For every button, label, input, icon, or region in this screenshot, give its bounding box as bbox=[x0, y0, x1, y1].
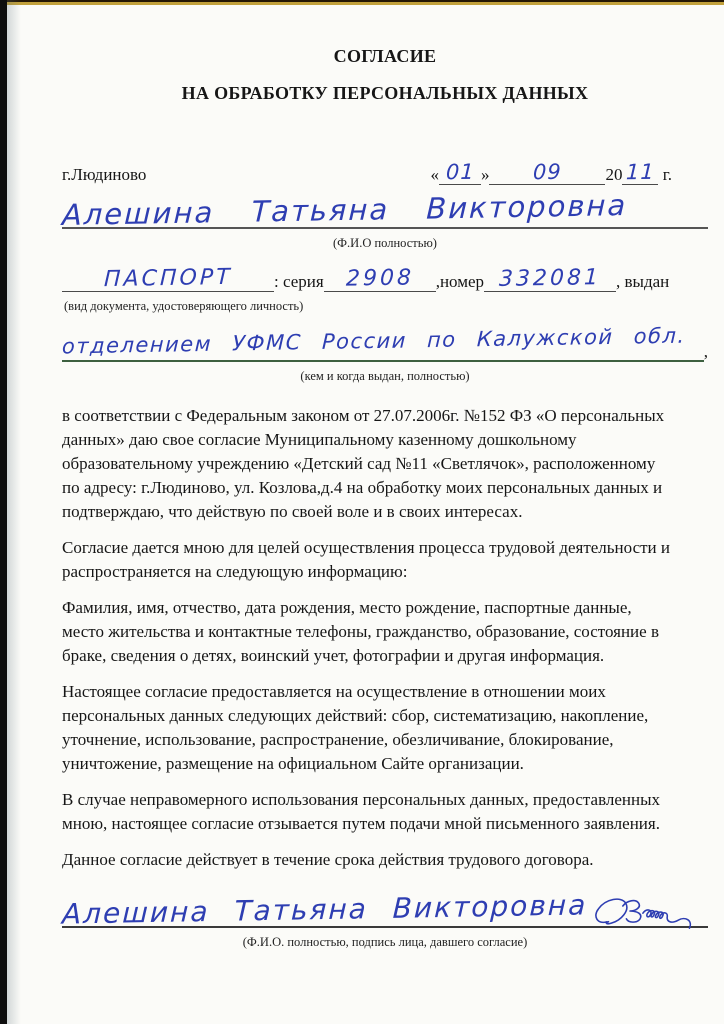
issued-by-row: отделением УФМС России по Калужской обл.… bbox=[62, 328, 708, 362]
date-day-field: 01 bbox=[439, 162, 481, 185]
date-century: 20 bbox=[605, 165, 622, 185]
signature-row: Алешина Татьяна Викторовна bbox=[62, 884, 708, 928]
passport-row: ПАСПОРТ: серия2908,номер332081, выдан bbox=[62, 267, 708, 292]
paragraph-data-list: Фамилия, имя, отчество, дата рождения, м… bbox=[62, 596, 674, 668]
doc-type-field: ПАСПОРТ bbox=[62, 267, 274, 292]
doc-type-handwritten: ПАСПОРТ bbox=[103, 266, 232, 292]
number-value: 332081 bbox=[499, 266, 602, 292]
scan-left-shadow bbox=[7, 0, 21, 1024]
paragraph-validity: Данное согласие действует в течение срок… bbox=[62, 848, 674, 872]
city-date-row: г.Людиново «01»092011 г. bbox=[62, 162, 708, 185]
scanned-consent-document: СОГЛАСИЕ НА ОБРАБОТКУ ПЕРСОНАЛЬНЫХ ДАННЫ… bbox=[0, 0, 724, 1024]
fio-field: Алешина Татьяна Викторовна bbox=[62, 185, 708, 229]
date-year-field: 11 bbox=[622, 162, 658, 185]
series-value: 2908 bbox=[345, 266, 414, 291]
issued-by-trailing-comma: , bbox=[704, 342, 708, 362]
paragraph-purpose: Согласие дается мною для целей осуществл… bbox=[62, 536, 674, 584]
fio-handwritten: Алешина Татьяна Викторовна bbox=[61, 188, 627, 232]
date-year-unit: г. bbox=[663, 165, 672, 185]
series-label: : серия bbox=[274, 272, 324, 292]
signature-fio-handwritten: Алешина Татьяна Викторовна bbox=[61, 889, 587, 930]
page-title: СОГЛАСИЕ bbox=[62, 46, 708, 67]
number-field: 332081 bbox=[484, 267, 616, 292]
date-year-value: 11 bbox=[626, 162, 655, 183]
body-text: в соответствии с Федеральным законом от … bbox=[62, 404, 674, 872]
series-field: 2908 bbox=[324, 267, 436, 292]
scan-left-edge bbox=[0, 0, 7, 1024]
scan-top-gold-strip bbox=[0, 2, 724, 5]
city-label: г.Людиново bbox=[62, 165, 146, 185]
document-content: СОГЛАСИЕ НА ОБРАБОТКУ ПЕРСОНАЛЬНЫХ ДАННЫ… bbox=[62, 38, 708, 950]
date-close-quote: » bbox=[481, 165, 490, 185]
date-group: «01»092011 г. bbox=[430, 162, 672, 185]
page-subtitle: НА ОБРАБОТКУ ПЕРСОНАЛЬНЫХ ДАННЫХ bbox=[62, 83, 708, 104]
issued-by-field: отделением УФМС России по Калужской обл. bbox=[62, 328, 704, 362]
doc-type-caption: (вид документа, удостоверяющего личность… bbox=[64, 299, 708, 314]
paragraph-law-consent: в соответствии с Федеральным законом от … bbox=[62, 404, 674, 524]
issued-by-handwritten: отделением УФМС России по Калужской обл. bbox=[62, 323, 687, 360]
date-open-quote: « bbox=[430, 165, 439, 185]
number-label: ,номер bbox=[436, 272, 484, 292]
issued-caption: (кем и когда выдан, полностью) bbox=[62, 369, 708, 384]
paragraph-actions: Настоящее согласие предоставляется на ос… bbox=[62, 680, 674, 776]
paragraph-revocation: В случае неправомерного использования пе… bbox=[62, 788, 674, 836]
fio-caption: (Ф.И.О полностью) bbox=[62, 236, 708, 251]
signature-icon bbox=[587, 884, 702, 938]
date-month-value: 09 bbox=[533, 162, 562, 183]
date-day-value: 01 bbox=[445, 162, 474, 183]
issued-label: , выдан bbox=[616, 272, 669, 292]
date-month-field: 09 bbox=[489, 162, 605, 185]
